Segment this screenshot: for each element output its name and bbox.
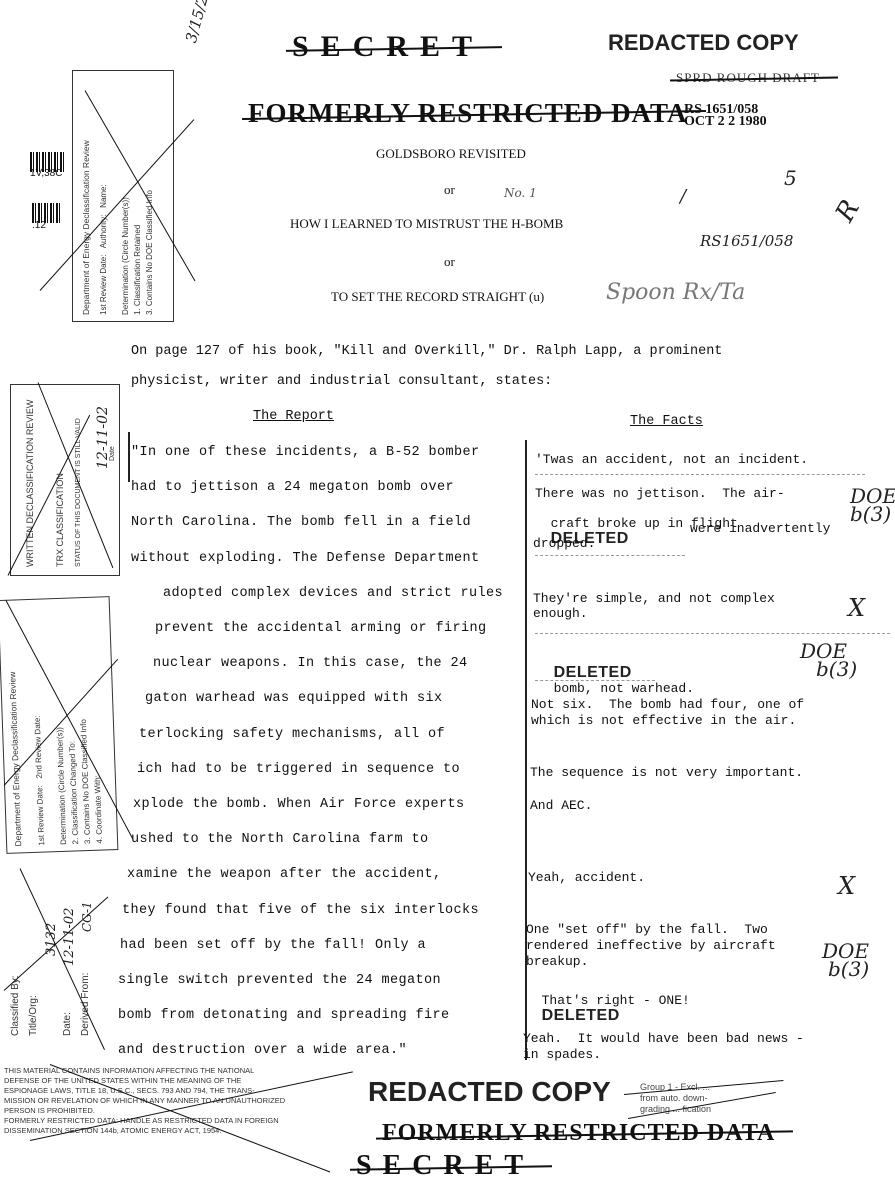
report-line: xamine the weapon after the accident, xyxy=(127,867,442,882)
deleted-stamp: DELETED xyxy=(554,664,632,681)
barcode-label: .12 xyxy=(32,220,46,231)
title-line-2: HOW I LEARNED TO MISTRUST THE H-BOMB xyxy=(290,216,563,232)
fact-11a: Yeah. It would have been bad news - xyxy=(523,1031,804,1046)
report-line: single switch prevented the 24 megaton xyxy=(118,973,441,988)
classification-text: SECRET xyxy=(356,1150,534,1182)
formerly-restricted-data-top: FORMERLY RESTRICTED DATA xyxy=(248,98,688,129)
fact-divider xyxy=(535,474,865,475)
stamp-options: Determination (Circle Number(s)) xyxy=(121,197,130,315)
facts-column-heading: The Facts xyxy=(630,414,703,429)
report-line: had to jettison a 24 megaton bomb over xyxy=(131,480,454,495)
report-margin-rule xyxy=(128,432,130,482)
title-line-3-text: TO SET THE RECORD STRAIGHT xyxy=(331,289,526,304)
deleted-stamp: DELETED xyxy=(542,1007,620,1024)
barcode-label: 1V,38C xyxy=(30,168,62,179)
stamp-option: Determination (Circle Number(s)) xyxy=(121,197,130,315)
report-line: and destruction over a wide area." xyxy=(118,1043,407,1058)
report-line: ich had to be triggered in sequence to xyxy=(137,762,460,777)
check-x-mark: X xyxy=(848,594,865,622)
handwritten-signature: Spoon Rx/Ta xyxy=(606,280,745,305)
stamp-line: from auto. down- xyxy=(640,1093,708,1103)
document-number-stamp: RS 1651/058 OCT 2 2 1980 xyxy=(684,104,767,128)
report-column-heading: The Report xyxy=(253,409,334,424)
stamp-field: Name: xyxy=(99,184,108,208)
stamp-option: Determination (Circle Number(s)) xyxy=(55,727,68,845)
report-line: ushed to the North Carolina farm to xyxy=(131,832,429,847)
fact-5a: Not six. The bomb had four, one of xyxy=(531,697,804,712)
notice-line: DISSEMINATION SECTION 144b, ATOMIC ENERG… xyxy=(4,1126,221,1135)
report-line: bomb from detonating and spreading fire xyxy=(118,1008,450,1023)
frd-text: FORMERLY RESTRICTED DATA xyxy=(382,1120,775,1147)
stamp-option: 2. Classification Changed To: xyxy=(68,741,81,845)
handwritten-number: No. 1 xyxy=(504,186,537,200)
report-line: they found that five of the six interloc… xyxy=(122,903,479,918)
stamp-option: 3. Contains No DOE Classified Info xyxy=(79,719,92,844)
fact-9c: breakup. xyxy=(526,954,588,969)
classification-marking-top: SECRET xyxy=(292,30,484,64)
fact-8: Yeah, accident. xyxy=(528,870,645,885)
fact-7: And AEC. xyxy=(530,798,592,813)
stamp-option: 4. Coordinate With: xyxy=(93,775,104,844)
handwritten-slash: / xyxy=(680,186,686,207)
report-line: had been set off by the fall! Only a xyxy=(120,938,426,953)
notice-line: PERSON IS PROHIBITED. xyxy=(4,1106,95,1115)
fact-2c: were inadvertently xyxy=(690,521,830,536)
stamp-option-text: 1. Classification Retained xyxy=(133,225,142,315)
report-line: North Carolina. The bomb fell in a field xyxy=(131,515,471,530)
fact-2d: dropped. xyxy=(533,536,595,551)
redacted-copy-stamp-top: REDACTED COPY xyxy=(608,30,799,56)
notice-line: DEFENSE OF THE UNITED STATES WITHIN THE … xyxy=(4,1076,241,1085)
report-line: xplode the bomb. When Air Force experts xyxy=(133,797,465,812)
notice-line: THIS MATERIAL CONTAINS INFORMATION AFFEC… xyxy=(4,1066,254,1075)
fact-4: DELETED bomb, not warhead. xyxy=(538,650,694,696)
date-stamp: OCT 2 2 1980 xyxy=(684,116,767,128)
draft-label-text: SPRD ROUGH DRAFT xyxy=(676,70,820,86)
handwritten-initials: R xyxy=(830,195,866,227)
doe-exemption-note: DOE b(3) xyxy=(822,942,869,978)
title-or-2: or xyxy=(444,254,455,270)
fact-11b: in spades. xyxy=(523,1047,601,1062)
classification-marking-u: (u) xyxy=(529,289,544,304)
stamp-fields: 1st Review Date: Authority: Name: xyxy=(99,184,108,315)
report-line: "In one of these incidents, a B-52 bombe… xyxy=(131,445,480,460)
doe-exemption-note: DOE b(3) xyxy=(850,487,895,523)
intro-line-1: On page 127 of his book, "Kill and Overk… xyxy=(131,344,722,359)
fact-9b: rendered ineffective by aircraft xyxy=(526,938,776,953)
stamp-label: Classified By: xyxy=(10,975,21,1036)
stamp-date-label: Date xyxy=(109,446,116,461)
stamp-label: Date: xyxy=(62,1012,73,1036)
stamp-value: CG-1 xyxy=(80,901,94,932)
report-line: prevent the accidental arming or firing xyxy=(155,621,487,636)
stamp-title: Department of Energy Declassification Re… xyxy=(81,140,91,315)
title-line-3: TO SET THE RECORD STRAIGHT (u) xyxy=(331,289,544,305)
doe-exemption-note: DOE b(3) xyxy=(800,642,857,678)
report-line: gaton warhead was equipped with six xyxy=(145,691,443,706)
fact-4-text: bomb, not warhead. xyxy=(554,681,694,696)
fact-10-text: That's right - ONE! xyxy=(542,993,690,1008)
stamp-option: 1. Classification Retained xyxy=(133,225,142,315)
doe-declassification-review-stamp: Department of Energy Declassification Re… xyxy=(0,596,118,854)
exemption-text: b(3) xyxy=(850,505,895,523)
fact-6: The sequence is not very important. xyxy=(530,765,803,780)
redacted-copy-stamp-bottom: REDACTED COPY xyxy=(368,1076,611,1108)
formerly-restricted-data-bottom: FORMERLY RESTRICTED DATA xyxy=(382,1120,775,1147)
draft-label: SPRD ROUGH DRAFT xyxy=(676,70,820,86)
stamp-field: 1st Review Date: xyxy=(35,785,46,846)
stamp-line: WRITTEN DECLASSIFICATION REVIEW xyxy=(25,400,35,567)
classification-marking-bottom: SECRET xyxy=(356,1150,534,1182)
classification-text: SECRET xyxy=(292,30,484,64)
report-line: without exploding. The Defense Departmen… xyxy=(131,551,480,566)
fact-5b: which is not effective in the air. xyxy=(531,713,796,728)
stamp-label: Derived From: xyxy=(80,973,91,1036)
title-or-1: or xyxy=(444,182,455,198)
fact-9a: One "set off" by the fall. Two xyxy=(526,922,768,937)
fact-3b: enough. xyxy=(533,606,588,621)
stamp-field: 1st Review Date: xyxy=(99,255,108,315)
exemption-text: b(3) xyxy=(822,960,869,978)
fact-divider xyxy=(535,633,890,634)
handwritten-rs-number: RS1651/058 xyxy=(700,232,793,250)
stamp-title: Department of Energy Declassification Re… xyxy=(7,672,23,847)
report-line: adopted complex devices and strict rules xyxy=(163,586,503,601)
fact-10: That's right - ONE! DELETED xyxy=(526,978,690,1024)
review-date-handwritten: 3/15/2010 xyxy=(182,0,219,45)
title-line-1: GOLDSBORO REVISITED xyxy=(376,146,526,162)
fact-divider xyxy=(535,680,655,681)
handwritten-page-mark: 5 xyxy=(784,166,797,190)
fact-1: 'Twas an accident, not an incident. xyxy=(535,452,808,467)
intro-line-2: physicist, writer and industrial consult… xyxy=(131,374,552,389)
fact-divider xyxy=(535,555,685,556)
check-x-mark: X xyxy=(838,872,855,900)
stamp-line: TRX CLASSIFICATION xyxy=(55,473,65,567)
fact-3a: They're simple, and not complex xyxy=(533,591,775,606)
frd-text: FORMERLY RESTRICTED DATA xyxy=(248,98,688,129)
report-line: terlocking safety mechanisms, all of xyxy=(139,727,445,742)
stamp-fields: 1st Review Date: 2nd Review Date: xyxy=(33,715,47,846)
report-line: nuclear weapons. In this case, the 24 xyxy=(153,656,468,671)
stamp-label: Title/Org: xyxy=(28,995,39,1036)
fact-2a: There was no jettison. The air- xyxy=(535,486,785,501)
